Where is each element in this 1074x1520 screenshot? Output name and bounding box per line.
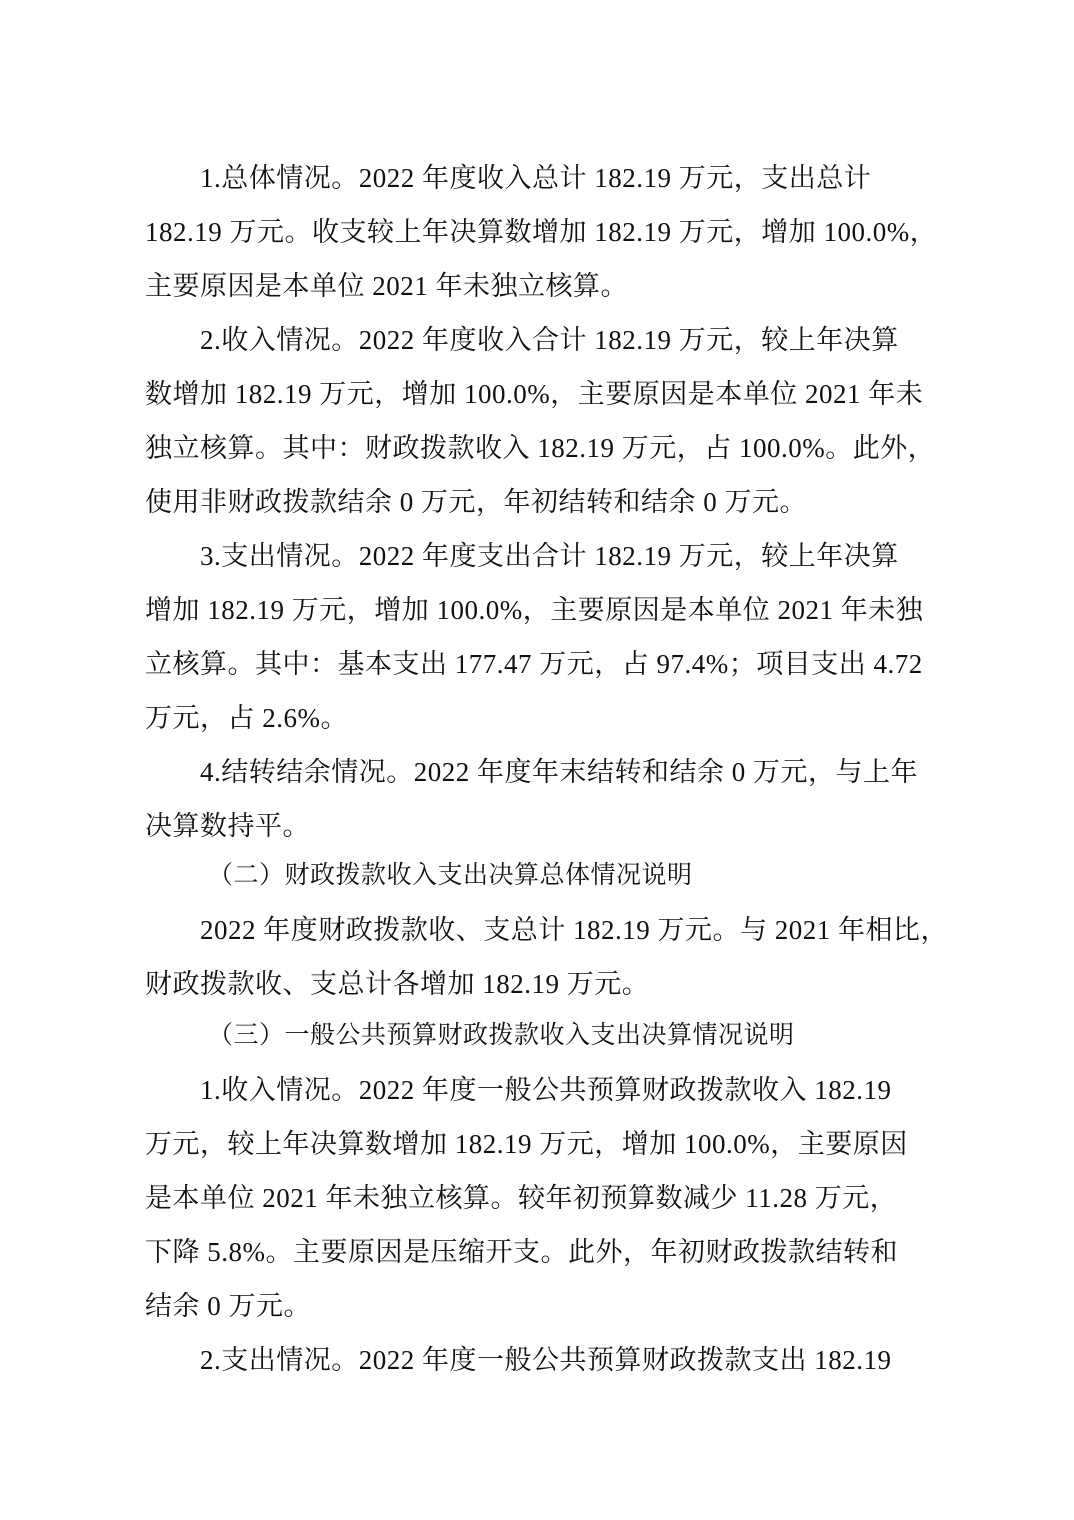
text-line: 独立核算。其中：财政拨款收入 182.19 万元，占 100.0%。此外，	[145, 421, 935, 475]
text-line: 万元，较上年决算数增加 182.19 万元，增加 100.0%，主要原因	[145, 1117, 908, 1171]
text-line: 数增加 182.19 万元，增加 100.0%，主要原因是本单位 2021 年未	[145, 367, 923, 421]
text-line: 4.结转结余情况。2022 年度年末结转和结余 0 万元，与上年	[200, 745, 918, 799]
text-line: 2.收入情况。2022 年度收入合计 182.19 万元，较上年决算	[200, 313, 899, 367]
text-line: 增加 182.19 万元，增加 100.0%，主要原因是本单位 2021 年未独	[145, 583, 923, 637]
text-line: 使用非财政拨款结余 0 万元，年初结转和结余 0 万元。	[145, 475, 807, 529]
text-line: 立核算。其中：基本支出 177.47 万元，占 97.4%；项目支出 4.72	[145, 637, 923, 691]
text-line: 结余 0 万元。	[145, 1279, 311, 1333]
section-heading-general-budget: （三）一般公共预算财政拨款收入支出决算情况说明	[208, 1008, 795, 1062]
text-line: 下降 5.8%。主要原因是压缩开支。此外，年初财政拨款结转和	[145, 1225, 898, 1279]
text-line: 2022 年度财政拨款收、支总计 182.19 万元。与 2021 年相比，	[200, 903, 948, 957]
text-line: 2.支出情况。2022 年度一般公共预算财政拨款支出 182.19	[200, 1333, 892, 1387]
text-line: 财政拨款收、支总计各增加 182.19 万元。	[145, 957, 649, 1011]
document-page: 1.总体情况。2022 年度收入总计 182.19 万元，支出总计 182.19…	[0, 0, 1074, 1520]
text-line: 3.支出情况。2022 年度支出合计 182.19 万元，较上年决算	[200, 529, 899, 583]
text-line: 1.总体情况。2022 年度收入总计 182.19 万元，支出总计	[200, 151, 871, 205]
text-line: 是本单位 2021 年未独立核算。较年初预算数减少 11.28 万元，	[145, 1171, 897, 1225]
text-line: 1.收入情况。2022 年度一般公共预算财政拨款收入 182.19	[200, 1063, 892, 1117]
text-line: 182.19 万元。收支较上年决算数增加 182.19 万元，增加 100.0%…	[145, 205, 937, 259]
text-line: 主要原因是本单位 2021 年未独立核算。	[145, 259, 628, 313]
text-line: 万元，占 2.6%。	[145, 691, 348, 745]
section-heading-fiscal-appropriation: （二）财政拨款收入支出决算总体情况说明	[208, 848, 693, 902]
text-line: 决算数持平。	[145, 799, 310, 853]
